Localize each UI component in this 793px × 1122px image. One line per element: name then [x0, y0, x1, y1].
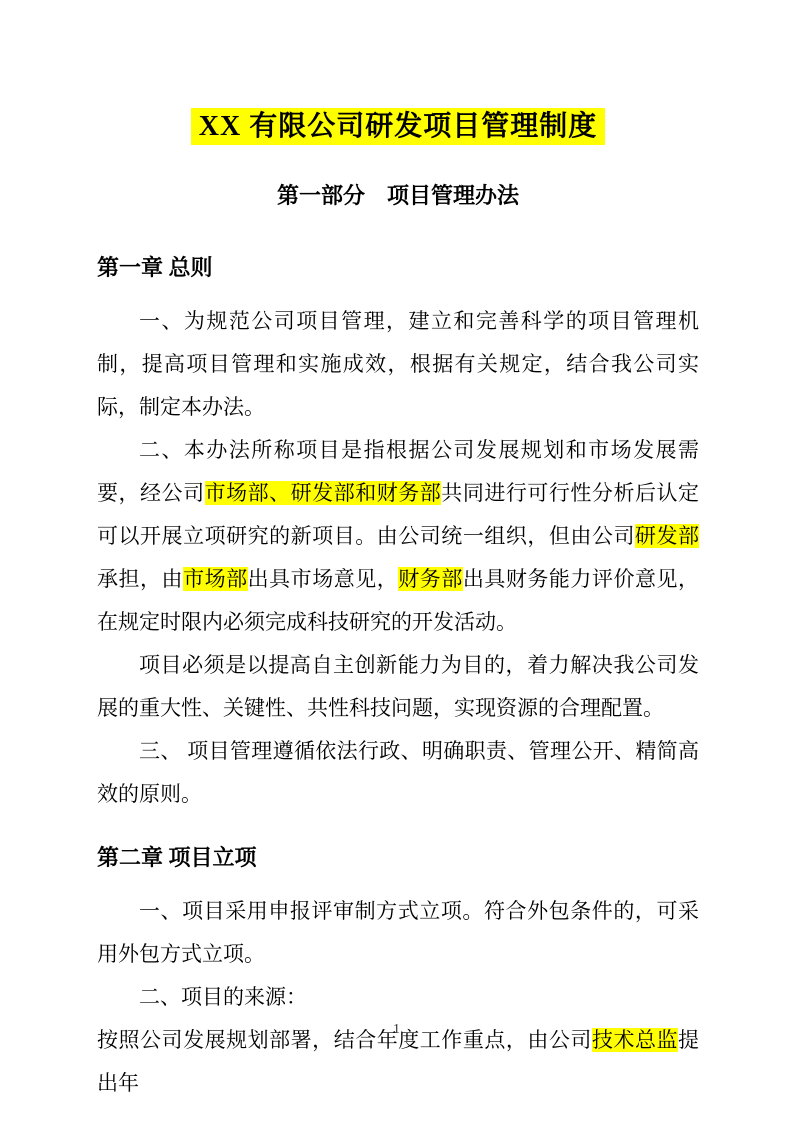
text-run: 一、为规范公司项目管理，建立和完善科学的项目管理机制，提高项目管理和实施成效，根…: [97, 309, 699, 419]
text-run: 项目必须是以提高自主创新能力为目的，着力解决我公司发展的重大性、关键性、共性科技…: [97, 653, 699, 720]
chapter-1-heading: 第一章 总则: [97, 252, 699, 284]
paragraph: 项目必须是以提高自主创新能力为目的，着力解决我公司发展的重大性、关键性、共性科技…: [97, 644, 699, 730]
text-run: 出具市场意见，: [248, 567, 399, 591]
highlighted-text: 市场部、研发部和财务部: [205, 481, 442, 505]
page-number: 1: [0, 1022, 793, 1038]
paragraph: 一、为规范公司项目管理，建立和完善科学的项目管理机制，提高项目管理和实施成效，根…: [97, 300, 699, 429]
paragraph: 二、本办法所称项目是指根据公司发展规划和市场发展需要，经公司市场部、研发部和财务…: [97, 429, 699, 644]
document-title: XX 有限公司研发项目管理制度: [97, 104, 699, 150]
highlighted-text: 财务部: [398, 567, 463, 591]
text-run: 三、 项目管理遵循依法行政、明确职责、管理公开、精简高效的原则。: [97, 739, 699, 806]
highlighted-text: 市场部: [183, 567, 248, 591]
text-run: 承担，由: [97, 567, 183, 591]
text-run: 一、项目采用申报评审制方式立项。符合外包条件的，可采用外包方式立项。: [97, 899, 699, 966]
paragraph: 二、项目的来源：: [97, 976, 699, 1019]
highlighted-text: 研发部: [635, 524, 699, 548]
title-highlighted-text: XX 有限公司研发项目管理制度: [191, 108, 605, 145]
part-heading: 第一部分 项目管理办法: [97, 180, 699, 212]
text-run: 二、项目的来源：: [139, 985, 307, 1009]
paragraph: 三、 项目管理遵循依法行政、明确职责、管理公开、精简高效的原则。: [97, 730, 699, 816]
chapter-2-heading: 第二章 项目立项: [97, 842, 699, 874]
document-page: XX 有限公司研发项目管理制度 第一部分 项目管理办法 第一章 总则 一、为规范…: [0, 0, 793, 1122]
paragraph: 一、项目采用申报评审制方式立项。符合外包条件的，可采用外包方式立项。: [97, 890, 699, 976]
